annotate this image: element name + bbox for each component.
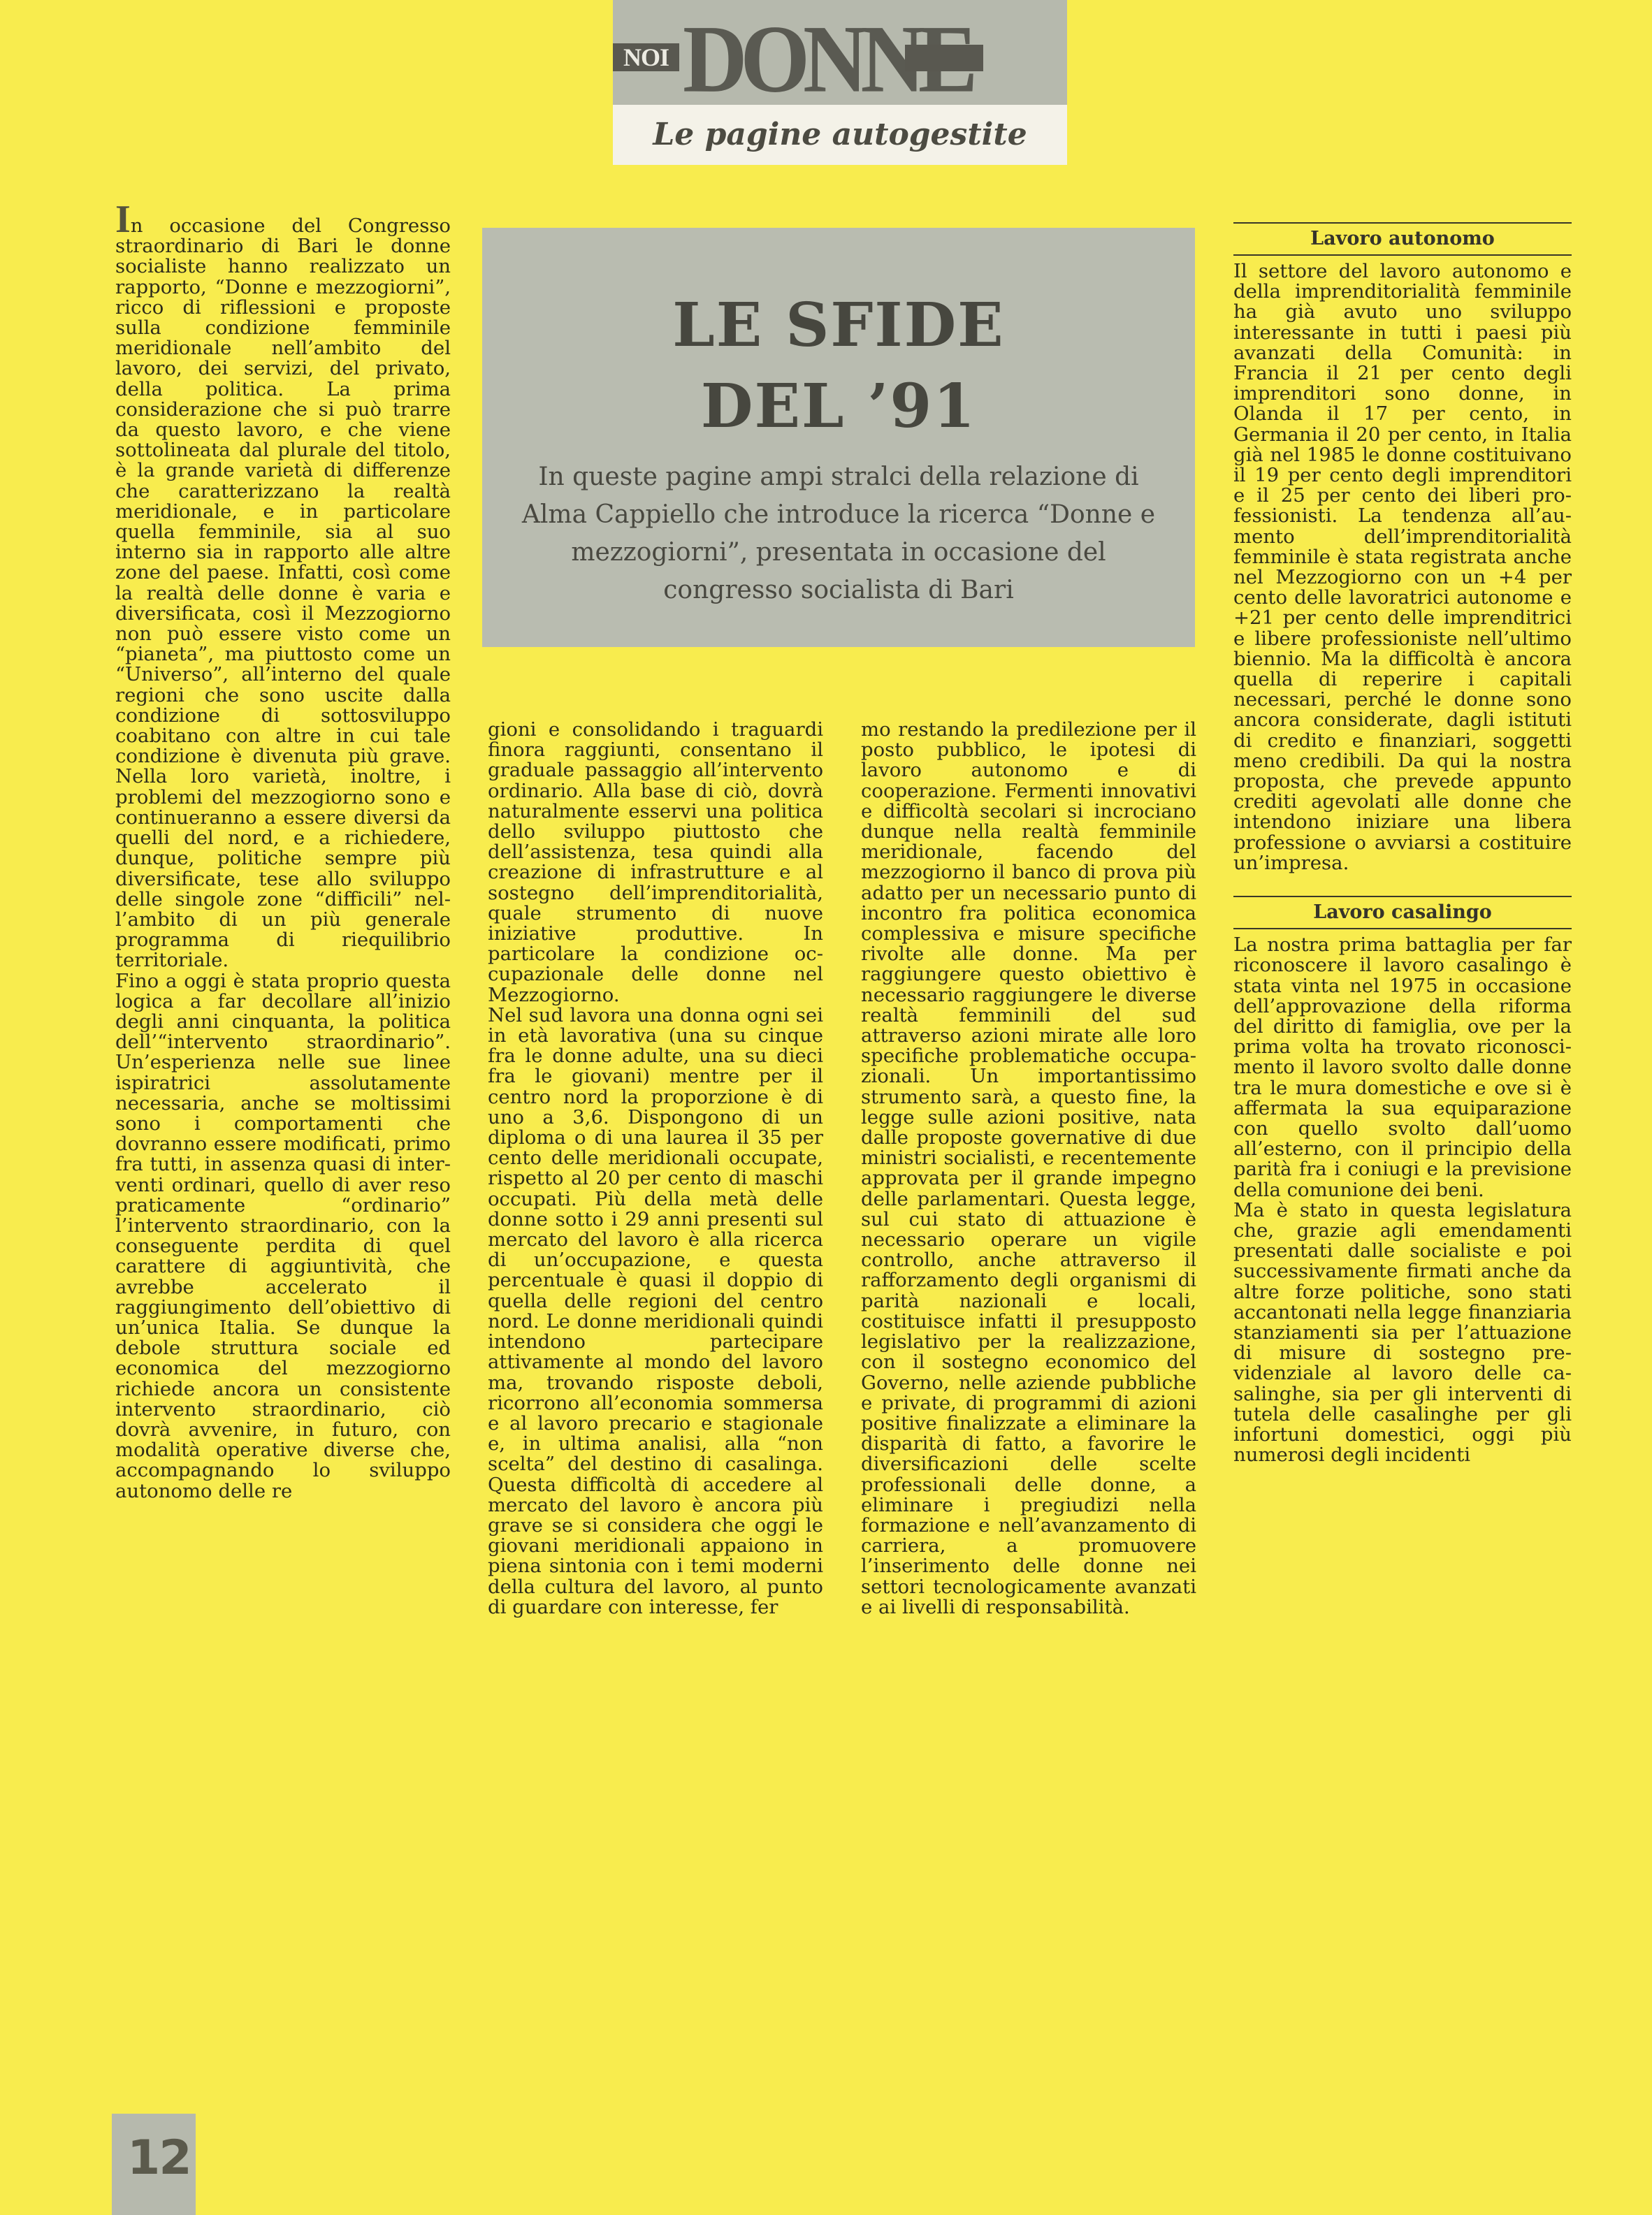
headline-title-line-2: DEL ’91 — [482, 366, 1195, 447]
headline-deck: In queste pagine ampi stralci della rela… — [510, 458, 1167, 609]
masthead-title: DONNE — [683, 20, 903, 98]
sidebar-heading-lavoro-casalingo: Lavoro casalingo — [1233, 896, 1572, 929]
sidebar-paragraph: Il settore del lavoro autonomo e della i… — [1233, 261, 1572, 873]
article-paragraph: In occasione del Congresso straordinario… — [115, 210, 451, 971]
article-paragraph: mo restando la predilezione per il posto… — [861, 720, 1196, 1618]
article-paragraph: Fino a oggi è stata proprio questa logic… — [115, 971, 451, 1502]
article-column-3: mo restando la predilezione per il posto… — [861, 720, 1196, 1618]
sidebar-column: Lavoro autonomo Il settore del lavoro au… — [1233, 222, 1572, 1465]
article-column-2: gioni e consolidando i tra­guardi finora… — [488, 720, 823, 1618]
masthead-decorative-bar — [905, 45, 983, 71]
sidebar-paragraph: La nostra prima battaglia per far ricono… — [1233, 935, 1572, 1200]
page-number: 12 — [112, 2114, 196, 2215]
masthead: NOI DONNE Le pagine autogestite — [613, 0, 1067, 165]
article-paragraph: gioni e consolidando i tra­guardi finora… — [488, 720, 823, 1005]
headline-box: LE SFIDE DEL ’91 In queste pagine ampi s… — [482, 228, 1195, 647]
headline-title: LE SFIDE DEL ’91 — [482, 285, 1195, 447]
sidebar-paragraph: Ma è stato in questa legisla­tura che, g… — [1233, 1200, 1572, 1466]
sidebar-heading-lavoro-autonomo: Lavoro autonomo — [1233, 222, 1572, 256]
article-column-1: In occasione del Congresso straordinario… — [115, 210, 451, 1502]
masthead-subtitle: Le pagine autogestite — [613, 105, 1067, 165]
masthead-prefix: NOI — [613, 43, 679, 71]
headline-title-line-1: LE SFIDE — [482, 285, 1195, 366]
article-paragraph: Nel sud lavora una donna ogni sei in età… — [488, 1005, 823, 1618]
article-paragraph-text: n occasione del Congresso straordinario … — [115, 215, 451, 971]
